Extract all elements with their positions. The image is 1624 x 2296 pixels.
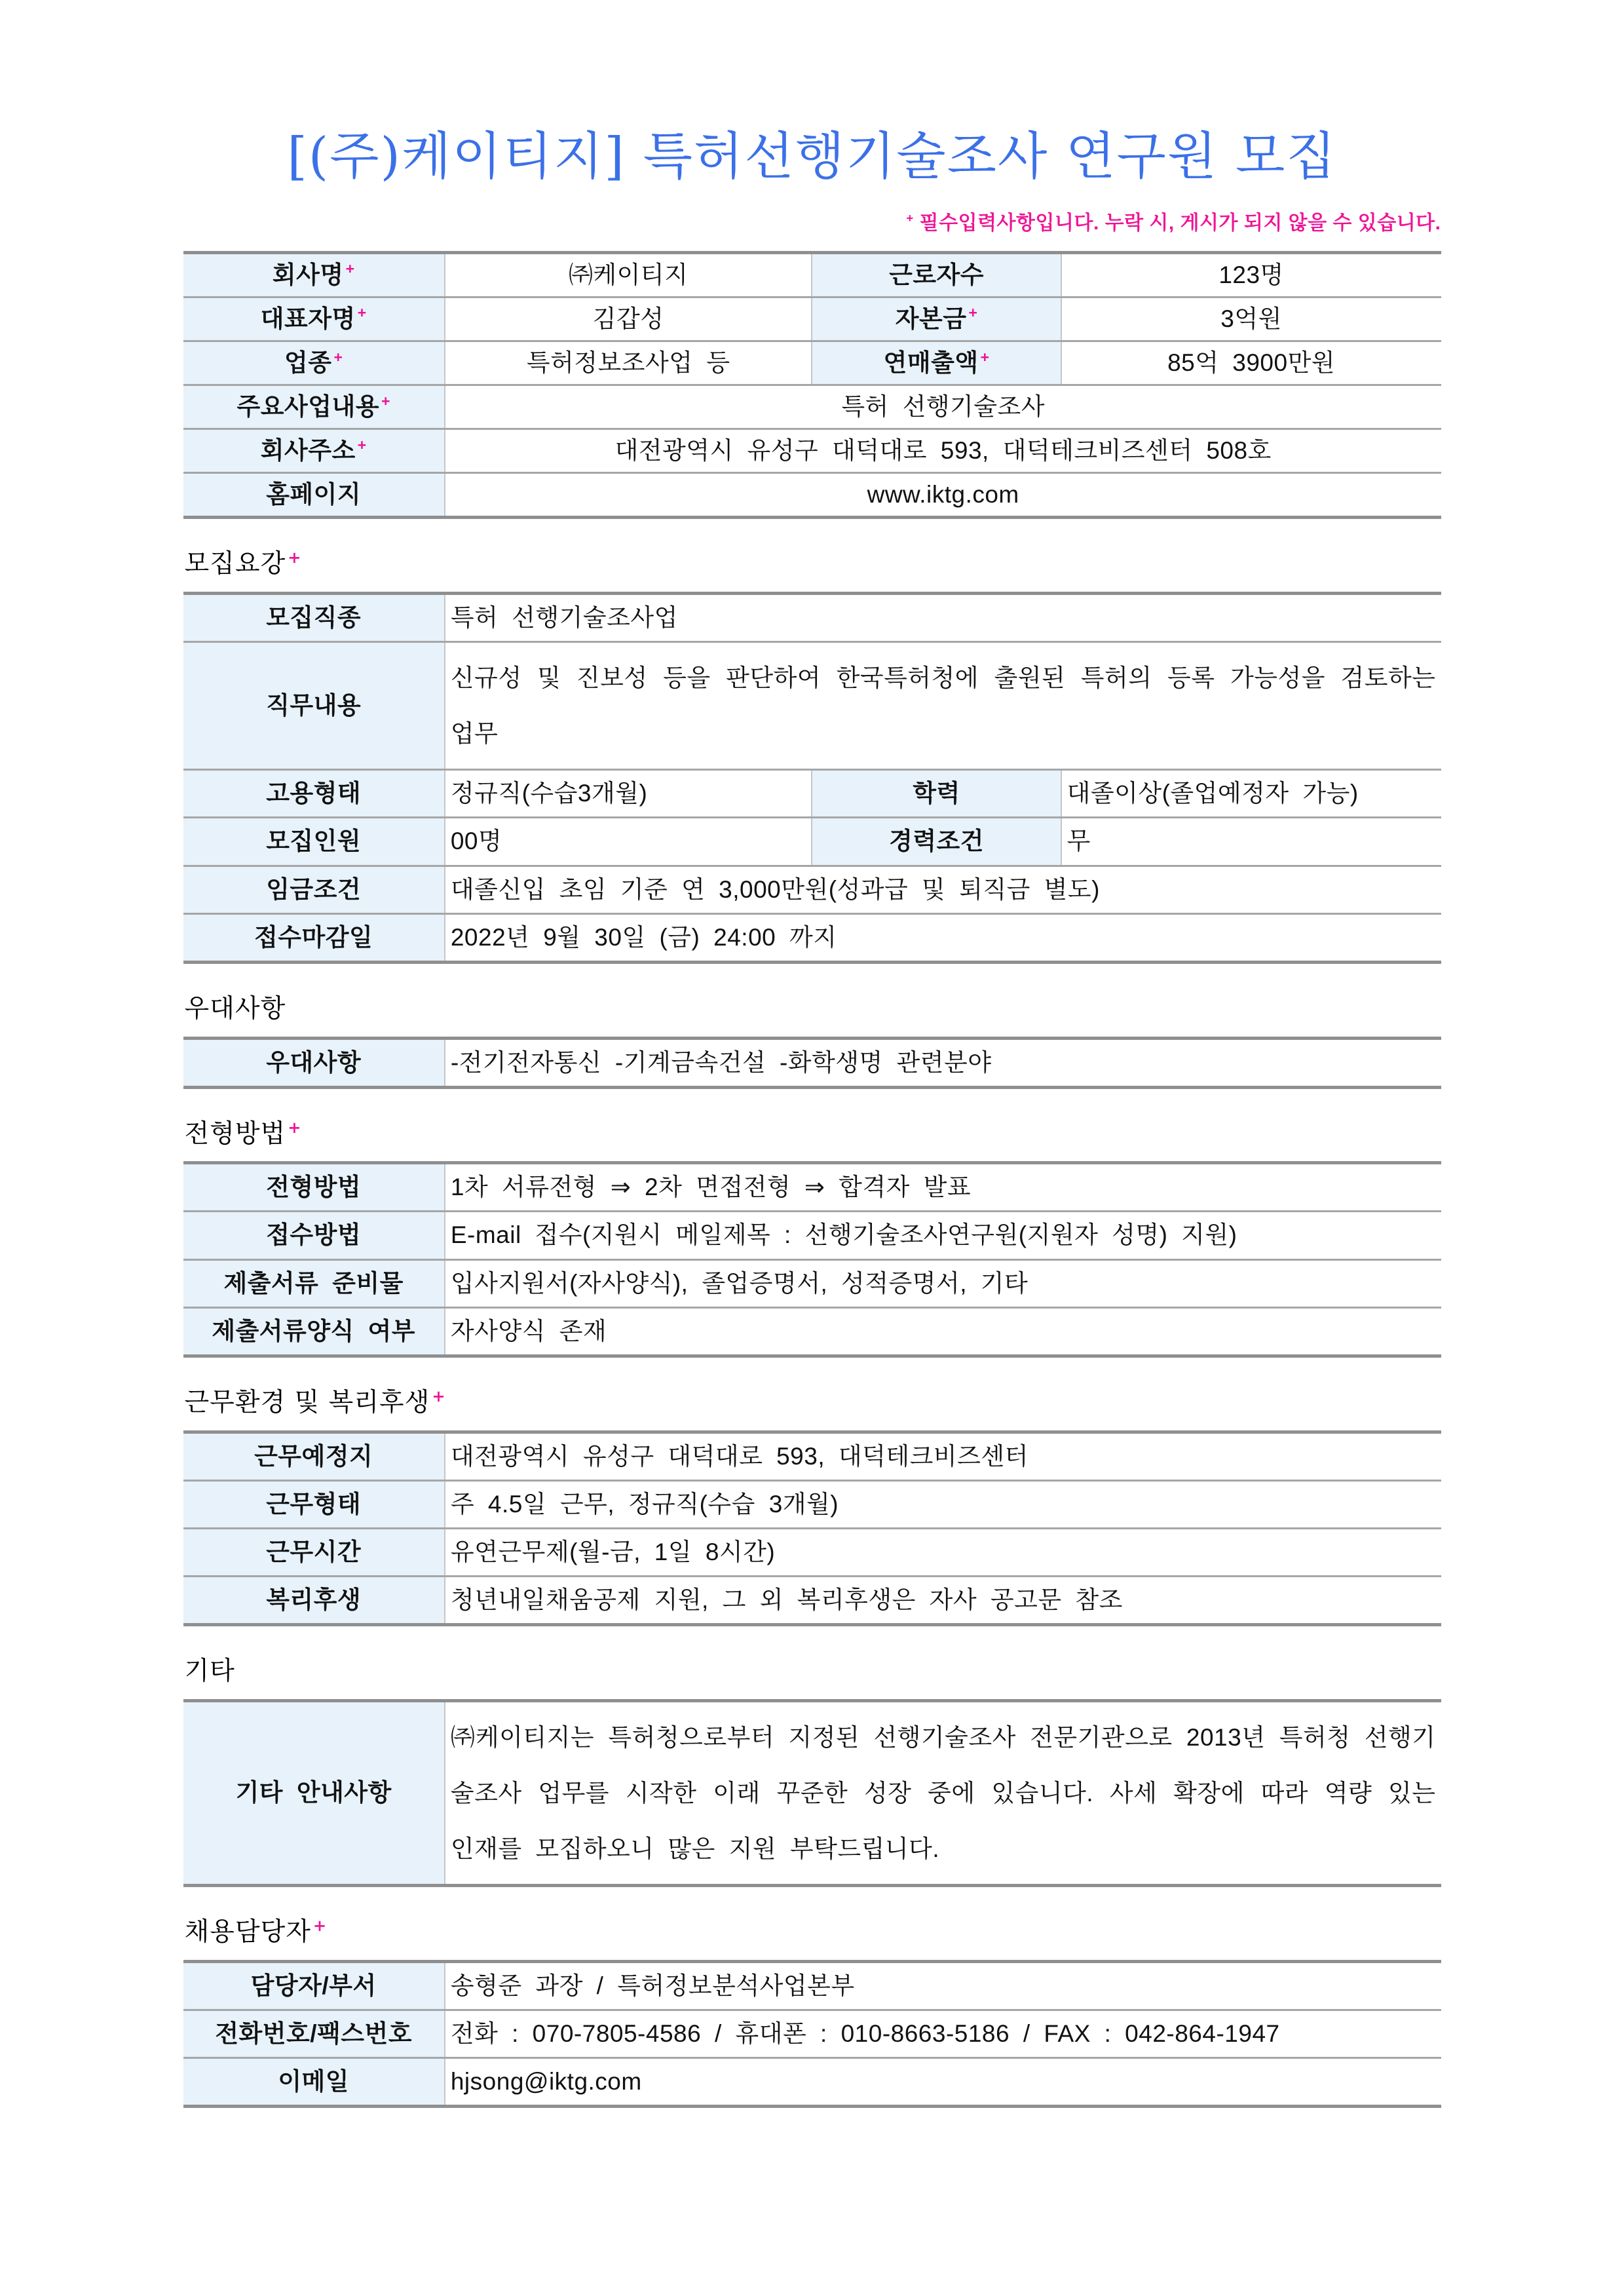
field-value: www.iktg.com	[867, 481, 1019, 508]
table-row: 근무형태주 4.5일 근무, 정규직(수습 3개월)	[183, 1480, 1441, 1528]
required-asterisk: +	[381, 392, 390, 410]
contact-email: hjsong@iktg.com	[445, 2058, 1441, 2107]
table-row: 우대사항-전기전자통신 -기계금속건설 -화학생명 관련분야	[183, 1038, 1441, 1087]
etc-guidance-label: 기타 안내사항	[183, 1700, 445, 1885]
field-value: 전화 : 070-7805-4586 / 휴대폰 : 010-8663-5186…	[451, 2020, 1280, 2047]
field-value: 대전광역시 유성구 대덕대로 593, 대덕테크비즈센터 508호	[615, 437, 1272, 464]
section-heading-text: 전형방법	[185, 1119, 286, 1149]
field-value: 85억 3900만원	[1167, 349, 1335, 376]
field-value: 정규직(수습3개월)	[451, 780, 647, 807]
field-value: 3억원	[1220, 305, 1282, 332]
table-etc: 기타 안내사항㈜케이티지는 특허청으로부터 지정된 선행기술조사 전문기관으로 …	[183, 1699, 1441, 1887]
field-value: ㈜케이티지	[569, 261, 688, 288]
field-label: 연매출액	[884, 349, 979, 376]
job-category-label: 모집직종	[183, 594, 445, 642]
field-label: 우대사항	[266, 1049, 361, 1076]
table-row: 주요사업내용+특허 선행기술조사	[183, 385, 1441, 429]
business-type-value: 특허정보조사업 등	[445, 341, 812, 385]
application-deadline-value: 2022년 9월 30일 (금) 24:00 까지	[445, 913, 1441, 962]
field-value: 송형준 과장 / 특허정보분석사업본부	[451, 1972, 855, 1999]
field-value: 주 4.5일 근무, 정규직(수습 3개월)	[451, 1491, 839, 1518]
required-asterisk: +	[288, 548, 301, 567]
capital-value: 3억원	[1061, 297, 1441, 341]
field-label: 접수방법	[266, 1221, 361, 1248]
section-recruitment-overview: 모집요강+모집직종특허 선행기술조사업직무내용신규성 및 진보성 등을 판단하여…	[183, 549, 1441, 963]
required-asterisk: +	[346, 260, 355, 277]
preferred-fields-label: 우대사항	[183, 1038, 445, 1087]
table-row: 근무시간유연근무제(월-금, 1일 8시간)	[183, 1528, 1441, 1576]
field-label: 근로자수	[889, 261, 984, 288]
job-category-value: 특허 선행기술조사업	[445, 594, 1441, 642]
section-heading-text: 근무환경 및 복리후생	[185, 1388, 430, 1417]
benefits-label: 복리후생	[183, 1576, 445, 1624]
work-hours-label: 근무시간	[183, 1528, 445, 1576]
field-label: 경력조건	[889, 828, 984, 854]
field-label: 업종	[284, 349, 331, 376]
employment-type-value: 정규직(수습3개월)	[445, 770, 812, 818]
field-label: 제출서류 준비물	[223, 1270, 403, 1297]
table-row: 업종+특허정보조사업 등연매출액+85억 3900만원	[183, 341, 1441, 385]
table-row: 기타 안내사항㈜케이티지는 특허청으로부터 지정된 선행기술조사 전문기관으로 …	[183, 1700, 1441, 1885]
table-recruitment-overview: 모집직종특허 선행기술조사업직무내용신규성 및 진보성 등을 판단하여 한국특허…	[183, 592, 1441, 964]
employment-type-label: 고용형태	[183, 770, 445, 818]
field-value: 김갑성	[593, 305, 664, 332]
table-row: 제출서류양식 여부자사양식 존재	[183, 1307, 1441, 1356]
job-posting-document: [(주)케이티지] 특허선행기술조사 연구원 모집 + 필수입력사항입니다. 누…	[183, 0, 1441, 2108]
education-label: 학력	[812, 770, 1061, 818]
field-label: 홈페이지	[266, 481, 361, 508]
headcount-value: 00명	[445, 818, 812, 866]
document-form-label: 제출서류양식 여부	[183, 1307, 445, 1356]
field-value: 신규성 및 진보성 등을 판단하여 한국특허청에 출원된 특허의 등록 가능성을…	[451, 664, 1436, 747]
table-row: 회사명+㈜케이티지근로자수123명	[183, 252, 1441, 297]
work-location-value: 대전광역시 유성구 대덕대로 593, 대덕테크비즈센터	[445, 1432, 1441, 1480]
field-value: 유연근무제(월-금, 1일 8시간)	[451, 1539, 775, 1565]
section-heading-recruiter-contact: 채용담당자+	[185, 1917, 1441, 1948]
application-method-value: E-mail 접수(지원시 메일제목 : 선행기술조사연구원(지원자 성명) 지…	[445, 1212, 1441, 1259]
required-note-text: 필수입력사항입니다. 누락 시, 게시가 되지 않을 수 있습니다.	[920, 212, 1441, 234]
section-heading-text: 우대사항	[185, 994, 286, 1024]
company-name-value: ㈜케이티지	[445, 252, 812, 297]
field-value: 청년내일채움공제 지원, 그 외 복리후생은 자사 공고문 참조	[451, 1586, 1123, 1613]
table-row: 모집인원00명경력조건무	[183, 818, 1441, 866]
section-etc: 기타기타 안내사항㈜케이티지는 특허청으로부터 지정된 선행기술조사 전문기관으…	[183, 1656, 1441, 1887]
field-value: -전기전자통신 -기계금속건설 -화학생명 관련분야	[451, 1049, 992, 1076]
field-label: 근무예정지	[254, 1443, 373, 1470]
phone-fax-label: 전화번호/팩스번호	[183, 2010, 445, 2057]
contact-person-value: 송형준 과장 / 특허정보분석사업본부	[445, 1961, 1441, 2010]
field-label: 고용형태	[266, 780, 361, 807]
table-recruiter-contact: 담당자/부서송형준 과장 / 특허정보분석사업본부전화번호/팩스번호전화 : 0…	[183, 1960, 1441, 2108]
field-label: 모집인원	[266, 828, 361, 854]
section-heading-recruitment-overview: 모집요강+	[185, 549, 1441, 580]
field-label: 직무내용	[266, 692, 361, 719]
field-label: 임금조건	[266, 876, 361, 903]
work-type-label: 근무형태	[183, 1480, 445, 1528]
field-label: 학력	[913, 780, 960, 807]
field-label: 대표자명	[261, 305, 356, 332]
table-work-environment-benefits: 근무예정지대전광역시 유성구 대덕대로 593, 대덕테크비즈센터근무형태주 4…	[183, 1430, 1441, 1626]
field-value: 123명	[1218, 261, 1283, 288]
section-preferred-qualifications: 우대사항우대사항-전기전자통신 -기계금속건설 -화학생명 관련분야	[183, 994, 1441, 1089]
employee-count-label: 근로자수	[812, 252, 1061, 297]
table-row: 회사주소+대전광역시 유성구 대덕대로 593, 대덕테크비즈센터 508호	[183, 429, 1441, 473]
section-work-environment-benefits: 근무환경 및 복리후생+근무예정지대전광역시 유성구 대덕대로 593, 대덕테…	[183, 1388, 1441, 1626]
field-label: 전화번호/팩스번호	[215, 2020, 412, 2047]
selection-steps-value: 1차 서류전형 ⇒ 2차 면접전형 ⇒ 합격자 발표	[445, 1163, 1441, 1212]
section-heading-preferred-qualifications: 우대사항	[185, 994, 1441, 1025]
ceo-name-label: 대표자명+	[183, 297, 445, 341]
required-asterisk: +	[288, 1118, 301, 1137]
company-address-value: 대전광역시 유성구 대덕대로 593, 대덕테크비즈센터 508호	[445, 429, 1441, 473]
document-form-value: 자사양식 존재	[445, 1307, 1441, 1356]
field-label: 전형방법	[266, 1174, 361, 1200]
section-heading-text: 모집요강	[185, 549, 286, 579]
field-value: 무	[1067, 828, 1091, 854]
email-label: 이메일	[183, 2058, 445, 2107]
required-asterisk: +	[358, 304, 367, 321]
field-value: 1차 서류전형 ⇒ 2차 면접전형 ⇒ 합격자 발표	[451, 1174, 971, 1200]
field-value: 특허 선행기술조사업	[451, 604, 678, 631]
field-label: 근무시간	[266, 1539, 361, 1565]
annual-revenue-label: 연매출액+	[812, 341, 1061, 385]
preferred-fields-value: -전기전자통신 -기계금속건설 -화학생명 관련분야	[445, 1038, 1441, 1087]
table-row: 접수마감일2022년 9월 30일 (금) 24:00 까지	[183, 913, 1441, 962]
section-heading-etc: 기타	[185, 1656, 1441, 1687]
work-location-label: 근무예정지	[183, 1432, 445, 1480]
work-type-value: 주 4.5일 근무, 정규직(수습 3개월)	[445, 1480, 1441, 1528]
table-row: 대표자명+김갑성자본금+3억원	[183, 297, 1441, 341]
field-label: 근무형태	[266, 1491, 361, 1518]
ceo-name-value: 김갑성	[445, 297, 812, 341]
annual-revenue-value: 85억 3900만원	[1061, 341, 1441, 385]
field-label: 회사명	[273, 261, 344, 288]
table-company-info: 회사명+㈜케이티지근로자수123명대표자명+김갑성자본금+3억원업종+특허정보조…	[183, 251, 1441, 520]
table-selection-process: 전형방법1차 서류전형 ⇒ 2차 면접전형 ⇒ 합격자 발표접수방법E-mail…	[183, 1161, 1441, 1357]
employee-count-value: 123명	[1061, 252, 1441, 297]
salary-label: 임금조건	[183, 866, 445, 913]
job-description-value: 신규성 및 진보성 등을 판단하여 한국특허청에 출원된 특허의 등록 가능성을…	[445, 642, 1441, 770]
table-row: 접수방법E-mail 접수(지원시 메일제목 : 선행기술조사연구원(지원자 성…	[183, 1212, 1441, 1259]
application-method-label: 접수방법	[183, 1212, 445, 1259]
field-label: 모집직종	[266, 604, 361, 631]
table-row: 고용형태정규직(수습3개월)학력대졸이상(졸업예정자 가능)	[183, 770, 1441, 818]
section-recruiter-contact: 채용담당자+담당자/부서송형준 과장 / 특허정보분석사업본부전화번호/팩스번호…	[183, 1917, 1441, 2108]
contact-person-label: 담당자/부서	[183, 1961, 445, 2010]
career-requirement-label: 경력조건	[812, 818, 1061, 866]
benefits-value: 청년내일채움공제 지원, 그 외 복리후생은 자사 공고문 참조	[445, 1576, 1441, 1624]
table-row: 복리후생청년내일채움공제 지원, 그 외 복리후생은 자사 공고문 참조	[183, 1576, 1441, 1624]
required-asterisk: +	[333, 349, 343, 366]
field-value: 특허정보조사업 등	[527, 349, 730, 376]
section-heading-selection-process: 전형방법+	[185, 1119, 1441, 1150]
field-value: 대졸신입 초임 기준 연 3,000만원(성과급 및 퇴직금 별도)	[451, 876, 1100, 903]
table-row: 전화번호/팩스번호전화 : 070-7805-4586 / 휴대폰 : 010-…	[183, 2010, 1441, 2057]
table-row: 담당자/부서송형준 과장 / 특허정보분석사업본부	[183, 1961, 1441, 2010]
required-asterisk: +	[968, 304, 977, 321]
homepage-url: www.iktg.com	[445, 473, 1441, 518]
required-asterisk: +	[313, 1916, 327, 1935]
table-row: 이메일hjsong@iktg.com	[183, 2058, 1441, 2107]
required-asterisk: +	[358, 436, 367, 453]
field-value: 대전광역시 유성구 대덕대로 593, 대덕테크비즈센터	[451, 1443, 1029, 1470]
table-row: 제출서류 준비물입사지원서(자사양식), 졸업증명서, 성적증명서, 기타	[183, 1259, 1441, 1307]
table-row: 전형방법1차 서류전형 ⇒ 2차 면접전형 ⇒ 합격자 발표	[183, 1163, 1441, 1212]
field-label: 회사주소	[261, 437, 356, 464]
section-heading-text: 채용담당자	[185, 1917, 311, 1947]
career-requirement-value: 무	[1061, 818, 1441, 866]
field-label: 기타 안내사항	[236, 1779, 392, 1806]
table-row: 모집직종특허 선행기술조사업	[183, 594, 1441, 642]
field-label: 제출서류양식 여부	[212, 1318, 415, 1345]
field-value: 자사양식 존재	[451, 1318, 607, 1345]
job-description-label: 직무내용	[183, 642, 445, 770]
required-note: + 필수입력사항입니다. 누락 시, 게시가 되지 않을 수 있습니다.	[183, 206, 1441, 235]
field-label: 자본금	[896, 305, 967, 332]
field-value: 2022년 9월 30일 (금) 24:00 까지	[451, 924, 837, 951]
field-value: E-mail 접수(지원시 메일제목 : 선행기술조사연구원(지원자 성명) 지…	[451, 1221, 1237, 1248]
work-hours-value: 유연근무제(월-금, 1일 8시간)	[445, 1528, 1441, 1576]
education-value: 대졸이상(졸업예정자 가능)	[1061, 770, 1441, 818]
required-documents-value: 입사지원서(자사양식), 졸업증명서, 성적증명서, 기타	[445, 1259, 1441, 1307]
field-label: 주요사업내용	[237, 393, 379, 420]
company-name-label: 회사명+	[183, 252, 445, 297]
required-asterisk: +	[432, 1387, 445, 1406]
required-asterisk: +	[981, 349, 990, 366]
selection-steps-label: 전형방법	[183, 1163, 445, 1212]
business-type-label: 업종+	[183, 341, 445, 385]
field-value: 특허 선행기술조사	[841, 393, 1045, 420]
capital-label: 자본금+	[812, 297, 1061, 341]
field-label: 접수마감일	[254, 924, 373, 951]
main-business-label: 주요사업내용+	[183, 385, 445, 429]
field-label: 이메일	[278, 2068, 349, 2095]
salary-value: 대졸신입 초임 기준 연 3,000만원(성과급 및 퇴직금 별도)	[445, 866, 1441, 913]
section-heading-work-environment-benefits: 근무환경 및 복리후생+	[185, 1388, 1441, 1419]
main-business-value: 특허 선행기술조사	[445, 385, 1441, 429]
etc-guidance-value: ㈜케이티지는 특허청으로부터 지정된 선행기술조사 전문기관으로 2013년 특…	[445, 1700, 1441, 1885]
homepage-label: 홈페이지	[183, 473, 445, 518]
section-heading-text: 기타	[185, 1656, 235, 1686]
company-address-label: 회사주소+	[183, 429, 445, 473]
field-value: ㈜케이티지는 특허청으로부터 지정된 선행기술조사 전문기관으로 2013년 특…	[451, 1724, 1436, 1862]
required-documents-label: 제출서류 준비물	[183, 1259, 445, 1307]
application-deadline-label: 접수마감일	[183, 913, 445, 962]
field-label: 담당자/부서	[251, 1972, 377, 1999]
required-asterisk: +	[906, 211, 913, 225]
field-value: 입사지원서(자사양식), 졸업증명서, 성적증명서, 기타	[451, 1270, 1028, 1297]
section-company-info: 회사명+㈜케이티지근로자수123명대표자명+김갑성자본금+3억원업종+특허정보조…	[183, 251, 1441, 520]
phone-fax-value: 전화 : 070-7805-4586 / 휴대폰 : 010-8663-5186…	[445, 2010, 1441, 2057]
page-title: [(주)케이티지] 특허선행기술조사 연구원 모집	[183, 128, 1441, 187]
table-row: 직무내용신규성 및 진보성 등을 판단하여 한국특허청에 출원된 특허의 등록 …	[183, 642, 1441, 770]
headcount-label: 모집인원	[183, 818, 445, 866]
field-value: hjsong@iktg.com	[451, 2068, 642, 2095]
field-value: 대졸이상(졸업예정자 가능)	[1067, 780, 1359, 807]
field-label: 복리후생	[266, 1586, 361, 1613]
table-row: 근무예정지대전광역시 유성구 대덕대로 593, 대덕테크비즈센터	[183, 1432, 1441, 1480]
field-value: 00명	[451, 828, 502, 854]
table-preferred-qualifications: 우대사항-전기전자통신 -기계금속건설 -화학생명 관련분야	[183, 1037, 1441, 1089]
section-selection-process: 전형방법+전형방법1차 서류전형 ⇒ 2차 면접전형 ⇒ 합격자 발표접수방법E…	[183, 1119, 1441, 1358]
sections: 회사명+㈜케이티지근로자수123명대표자명+김갑성자본금+3억원업종+특허정보조…	[183, 251, 1441, 2108]
table-row: 홈페이지www.iktg.com	[183, 473, 1441, 518]
table-row: 임금조건대졸신입 초임 기준 연 3,000만원(성과급 및 퇴직금 별도)	[183, 866, 1441, 913]
